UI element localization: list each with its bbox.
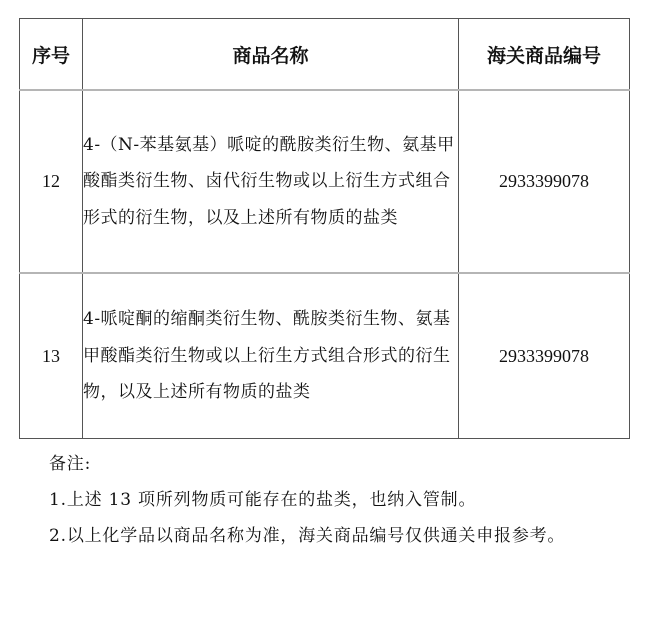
row-product-name: 4-（N-苯基氨基）哌啶的酰胺类衍生物、氨基甲酸酯类衍生物、卤代衍生物或以上衍生…: [83, 90, 459, 273]
note-item: 2.以上化学品以商品名称为准，海关商品编号仅供通关申报参考。: [49, 518, 619, 554]
header-index: 序号: [20, 19, 83, 91]
note-item: 1.上述 13 项所列物质可能存在的盐类，也纳入管制。: [49, 482, 619, 518]
row-index: 12: [20, 90, 83, 273]
row-product-name: 4-哌啶酮的缩酮类衍生物、酰胺类衍生物、氨基甲酸酯类衍生物或以上衍生方式组合形式…: [83, 273, 459, 439]
table-header-row: 序号 商品名称 海关商品编号: [20, 19, 630, 91]
controlled-chemicals-table: 序号 商品名称 海关商品编号 12 4-（N-苯基氨基）哌啶的酰胺类衍生物、氨基…: [19, 18, 630, 439]
table-row: 13 4-哌啶酮的缩酮类衍生物、酰胺类衍生物、氨基甲酸酯类衍生物或以上衍生方式组…: [20, 273, 630, 439]
table-row: 12 4-（N-苯基氨基）哌啶的酰胺类衍生物、氨基甲酸酯类衍生物、卤代衍生物或以…: [20, 90, 630, 273]
row-customs-code: 2933399078: [459, 273, 630, 439]
row-customs-code: 2933399078: [459, 90, 630, 273]
header-customs-code: 海关商品编号: [459, 19, 630, 91]
row-index: 13: [20, 273, 83, 439]
notes-title: 备注:: [49, 446, 619, 482]
notes-section: 备注: 1.上述 13 项所列物质可能存在的盐类，也纳入管制。 2.以上化学品以…: [49, 446, 619, 554]
header-product-name: 商品名称: [83, 19, 459, 91]
